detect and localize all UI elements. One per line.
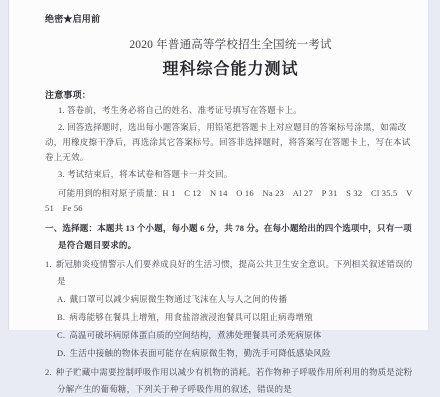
notice-item-3: 3. 考试结束后，将本试卷和答题卡一并交回。: [45, 167, 416, 182]
option-a-label: A.: [57, 294, 66, 304]
question-1-option-c: C.高温可破坏病原体蛋白质的空间结构，煮沸处理餐具可杀死病原体: [45, 327, 416, 331]
notes-heading: 注意事项：: [45, 88, 416, 101]
exam-paper-page: 绝密★启用前 2020 年普通高等学校招生全国统一考试 理科综合能力测试 注意事…: [8, 0, 429, 330]
question-1-stem: 新冠肺炎疫情警示人们要养成良好的生活习惯，提高公共卫生安全意识。下列相关叙述错误…: [56, 259, 413, 286]
option-b-label: B.: [57, 312, 65, 322]
section-1-heading: 一、选择题：本题共 13 个小题，每小题 6 分，共 78 分。在每小题给出的四…: [45, 220, 416, 253]
option-b-text: 病毒能够在餐具上增殖，用食盐溶液浸泡餐具可以阻止病毒增殖: [69, 312, 313, 322]
exam-title-line1: 2020 年普通高等学校招生全国统一考试: [45, 36, 416, 52]
option-a-text: 戴口罩可以减少病原微生物通过飞沫在人与人之间的传播: [70, 294, 288, 304]
notice-item-2: 2. 回答选择题时，选出每小题答案后，用铅笔把答题卡上对应题目的答案标号涂黑，如…: [45, 120, 416, 165]
question-1-option-b: B.病毒能够在餐具上增殖，用食盐溶液浸泡餐具可以阻止病毒增殖: [45, 309, 416, 326]
classification-label: 绝密★启用前: [45, 12, 416, 25]
question-1: 1.新冠肺炎疫情警示人们要养成良好的生活习惯，提高公共卫生安全意识。下列相关叙述…: [45, 256, 416, 289]
atomic-mass-line: 可能用到的相对原子质量：H 1 C 12 N 14 O 16 Na 23 Al …: [45, 186, 416, 216]
question-1-option-a: A.戴口罩可以减少病原微生物通过飞沫在人与人之间的传播: [45, 291, 416, 308]
exam-title-line2: 理科综合能力测试: [45, 56, 416, 79]
notice-item-1: 1. 答卷前，考生务必将自己的姓名、准考证号填写在答题卡上。: [45, 103, 416, 118]
question-1-number: 1.: [45, 259, 52, 269]
